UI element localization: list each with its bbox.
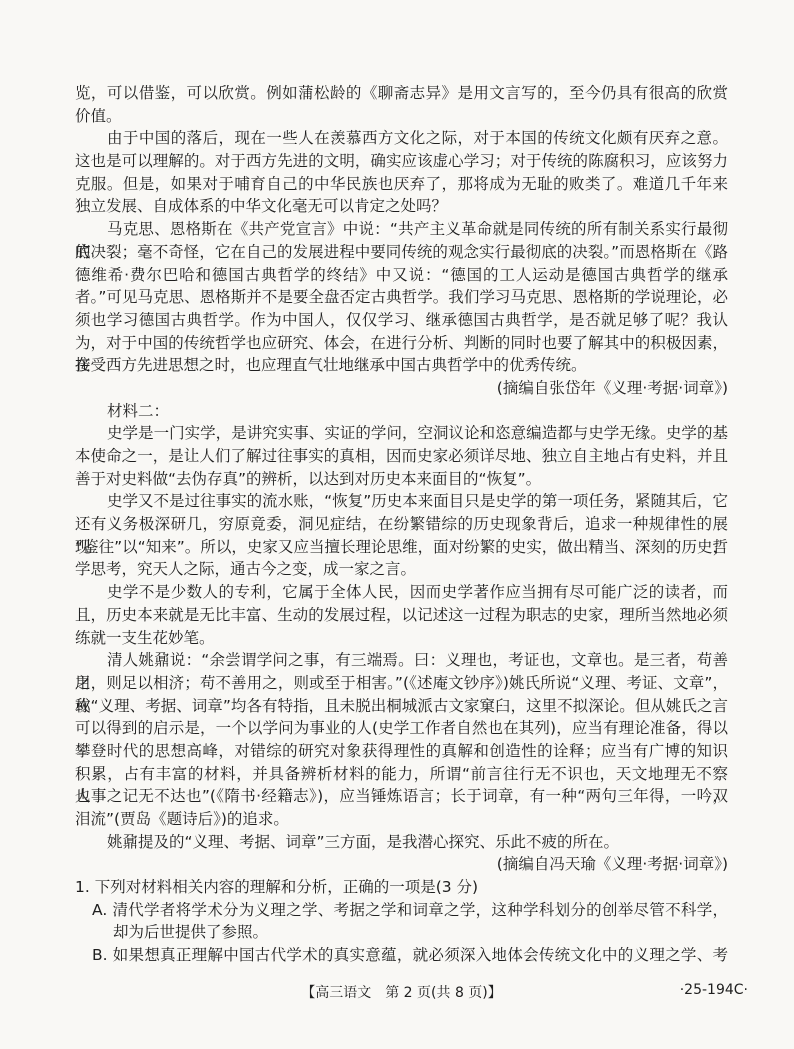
text-line: (摘编自张岱年《义理·考据·词章》): [75, 377, 728, 400]
text-line: 且，历史本来就是无比丰富、生动的发展过程，以记述这一过程为职志的史家，理所当然地…: [75, 604, 728, 627]
text-line: 由于中国的落后，现在一些人在羡慕西方文化之际，对于本国的传统文化颇有厌弃之意。: [75, 127, 728, 150]
text-line: 姚鼐提及的“义理、考据、词章”三方面，是我潜心探究、乐此不疲的所在。: [75, 831, 728, 854]
text-line: 史学是一门实学，是讲究实事、实证的学问，空洞议论和恣意编造都与史学无缘。史学的基: [75, 422, 728, 445]
text-line: 克服。但是，如果对于哺育自己的中华民族也厌弃了，那将成为无耻的败类了。难道几千年…: [75, 173, 728, 196]
text-line: 积累，占有丰富的材料，并具备辨析材料的能力，所谓“前言往行无不识也，天文地理无不…: [75, 763, 728, 786]
text-line: 之，则足以相济；苟不善用之，则或至于相害。”(《述庵文钞序》)姚氏所说“义理、考…: [75, 672, 728, 695]
text-line: 这也是可以理解的。对于西方先进的文明，确实应该虚心学习；对于传统的陈腐积习，应该…: [75, 150, 728, 173]
text-line: 称“义理、考据、词章”均各有特指，且未脱出桐城派古文家窠臼，这里不拟深论。但从姚…: [75, 695, 728, 718]
text-line: 价值。: [75, 105, 728, 128]
text-line: 德维希·费尔巴哈和德国古典哲学的终结》中又说：“德国的工人运动是德国古典哲学的继…: [75, 264, 728, 287]
text-line: 马克思、恩格斯在《共产党宣言》中说：“共产主义革命就是同传统的所有制关系实行最彻…: [75, 218, 728, 241]
text-line: 却为后世提供了参照。: [75, 921, 728, 944]
text-line: 攀登时代的思想高峰，对错综的研究对象获得理性的真解和创造性的诠释；应当有广博的知…: [75, 740, 728, 763]
text-line: 人事之记无不达也”(《隋书·经籍志》)，应当锤炼语言；长于词章，有一种“两句三年…: [75, 785, 728, 808]
text-line: 览，可以借鉴，可以欣赏。例如蒲松龄的《聊斋志异》是用文言写的，至今仍具有很高的欣…: [75, 82, 728, 105]
text-line: 1. 下列对材料相关内容的理解和分析，正确的一项是(3 分): [75, 876, 728, 899]
text-line: 本使命之一，是让人们了解过往事实的真相，因而史家必须详尽地、独立自主地占有史料，…: [75, 445, 728, 468]
text-line: 清人姚鼐说：“余尝谓学问之事，有三端焉。曰：义理也，考证也，文章也。是三者，苟善…: [75, 649, 728, 672]
footer-exam-code: ·25-194C·: [680, 982, 748, 998]
text-line: A. 清代学者将学术分为义理之学、考据之学和词章之学，这种学科划分的创举尽管不科…: [75, 899, 728, 922]
page-footer: 【高三语文 第 2 页(共 8 页)】 ·25-194C·: [75, 982, 728, 1002]
footer-page-label: 【高三语文 第 2 页(共 8 页)】: [301, 985, 502, 1001]
text-line: 为，对于中国的传统哲学也应研究、体会，在进行分析、判断的同时也要了解其中的积极因…: [75, 332, 728, 355]
text-line: 还有义务极深研几，穷原竟委，洞见症结，在纷繁错综的历史现象背后，追求一种规律性的…: [75, 513, 728, 536]
text-line: 者。”可见马克思、恩格斯并不是要全盘否定古典哲学。我们学习马克思、恩格斯的学说理…: [75, 286, 728, 309]
text-line: 须也学习德国古典哲学。作为中国人，仅仅学习、继承德国古典哲学，是否就足够了呢？我…: [75, 309, 728, 332]
exam-page: 览，可以借鉴，可以欣赏。例如蒲松龄的《聊斋志异》是用文言写的，至今仍具有很高的欣…: [0, 0, 794, 1049]
text-line: 可以得到的启示是，一个以学问为事业的人(史学工作者自然也在其列)，应当有理论准备…: [75, 717, 728, 740]
text-line: 材料二：: [75, 400, 728, 423]
text-line: (摘编自冯天瑜《义理·考据·词章》): [75, 853, 728, 876]
text-line: “鉴往”以“知来”。所以，史家又应当擅长理论思维，面对纷繁的史实，做出精当、深刻…: [75, 536, 728, 559]
text-line: 学思考，究天人之际，通古今之变，成一家之言。: [75, 558, 728, 581]
text-line: 的决裂；毫不奇怪，它在自己的发展进程中要同传统的观念实行最彻底的决裂。”而恩格斯…: [75, 241, 728, 264]
text-line: 泪流”(贾岛《题诗后》)的追求。: [75, 808, 728, 831]
text-line: 史学不是少数人的专利，它属于全体人民，因而史学著作应当拥有尽可能广泛的读者，而: [75, 581, 728, 604]
text-line: 练就一支生花妙笔。: [75, 627, 728, 650]
text-line: 史学又不是过往事实的流水账，“恢复”历史本来面目只是史学的第一项任务，紧随其后，…: [75, 490, 728, 513]
text-line: 接受西方先进思想之时，也应理直气壮地继承中国古典哲学中的优秀传统。: [75, 354, 728, 377]
text-line: B. 如果想真正理解中国古代学术的真实意蕴，就必须深入地体会传统文化中的义理之学…: [75, 944, 728, 967]
text-line: 独立发展、自成体系的中华文化毫无可以肯定之处吗？: [75, 195, 728, 218]
document-lines: 览，可以借鉴，可以欣赏。例如蒲松龄的《聊斋志异》是用文言写的，至今仍具有很高的欣…: [75, 82, 728, 967]
text-line: 善于对史料做“去伪存真”的辨析，以达到对历史本来面目的“恢复”。: [75, 468, 728, 491]
